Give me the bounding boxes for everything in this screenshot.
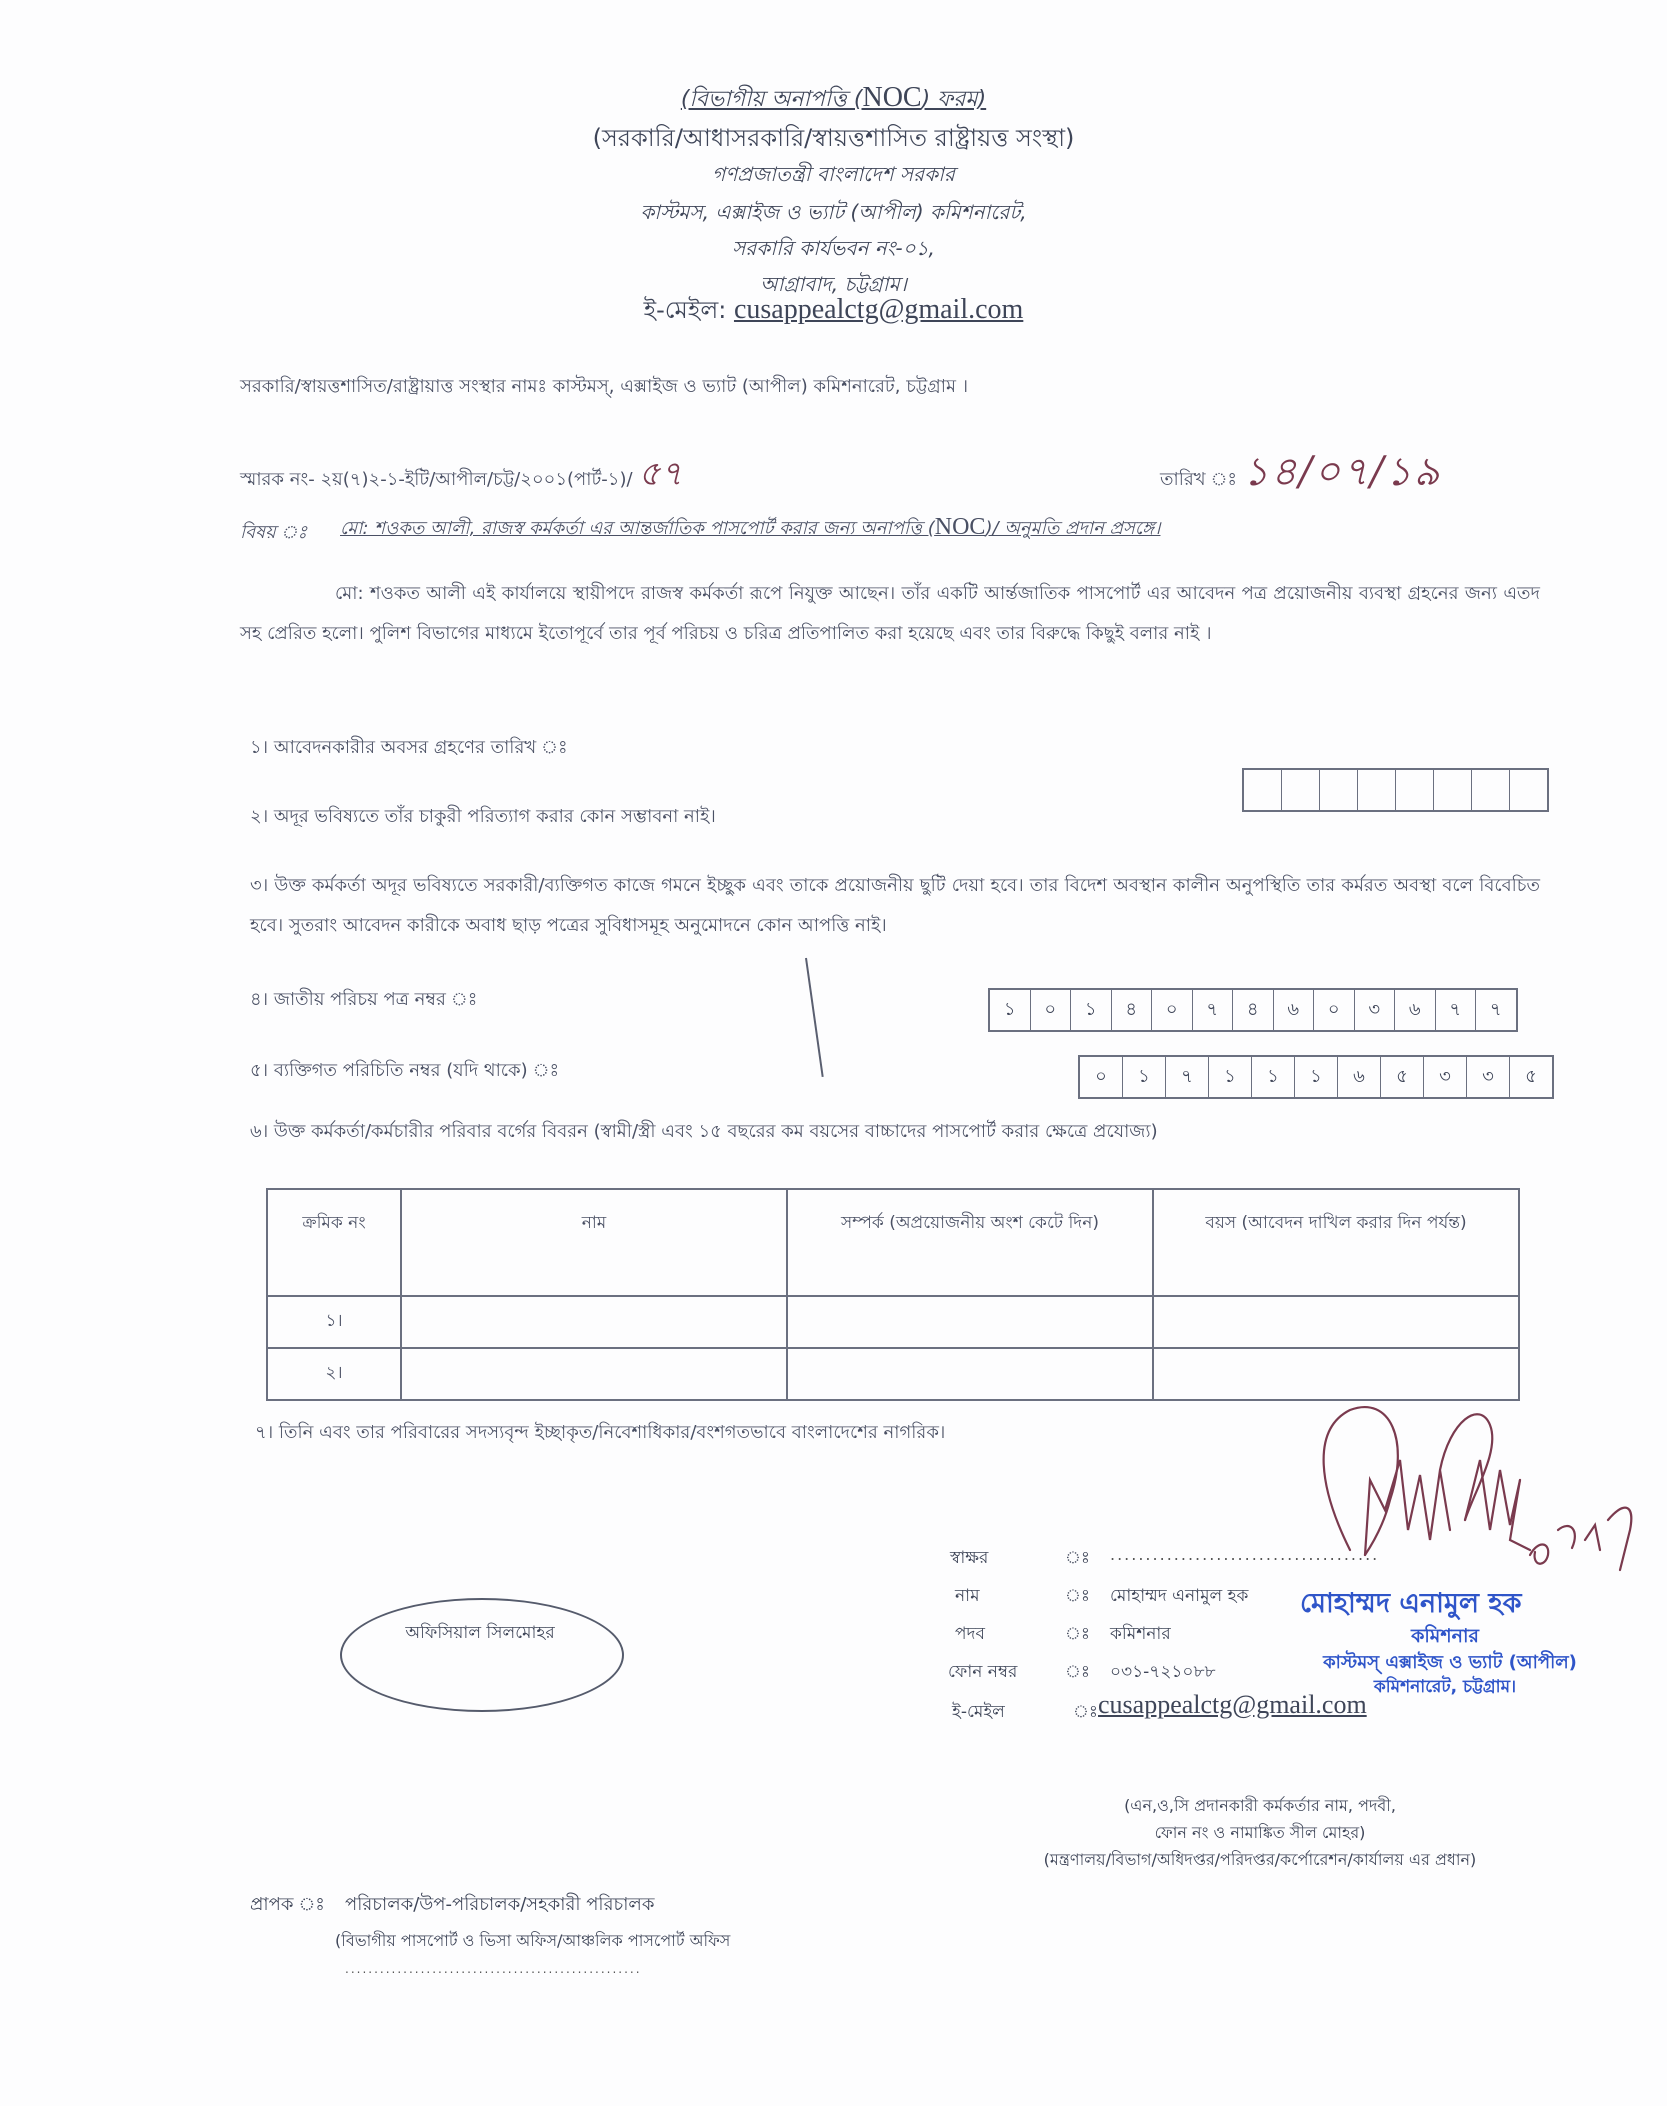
cell-name[interactable] <box>401 1348 787 1400</box>
digit-box[interactable] <box>1282 770 1320 810</box>
digit-box[interactable] <box>1472 770 1510 810</box>
item-citizenship: ৭। তিনি এবং তার পরিবারের সদস্যবৃন্দ ইচ্ছ… <box>255 1418 945 1449</box>
digit-box[interactable]: ৭ <box>1166 1057 1209 1097</box>
form-title-suffix: ) ফরম) <box>922 87 987 112</box>
pen-stroke-mark <box>805 958 824 1077</box>
cell-name[interactable] <box>401 1296 787 1348</box>
digit-box[interactable]: ০ <box>1031 990 1072 1030</box>
subject-label: বিষয় ঃ <box>240 518 307 549</box>
item-family-details: ৬। উক্ত কর্মকর্তা/কর্মচারীর পরিবার বর্গে… <box>250 1117 1158 1148</box>
table-row: ১। <box>267 1296 1519 1348</box>
recipient-line2: (বিভাগীয় পাসপোর্ট ও ভিসা অফিস/আঞ্চলিক প… <box>335 1928 730 1955</box>
col-age: বয়স (আবেদন দাখিল করার দিন পর্যন্ত) <box>1153 1189 1519 1296</box>
digit-box[interactable]: ০ <box>1152 990 1193 1030</box>
digit-box[interactable]: ৪ <box>1233 990 1274 1030</box>
item-travel-leave: ৩। উক্ত কর্মকর্তা অদূর ভবিষ্যতে সরকারী/ব… <box>250 866 1540 946</box>
digit-box[interactable]: ৩ <box>1355 990 1396 1030</box>
digit-box[interactable] <box>1510 770 1547 810</box>
signatory-email-label: ই-মেইল <box>952 1699 1005 1727</box>
subject-prefix: মো: শওকত আলী, রাজস্ব কর্মকর্তা এর আন্তর্… <box>340 518 935 539</box>
signatory-note-line2: ফোন নং ও নামাঙ্কিত সীল মোহর) <box>1000 1819 1520 1846</box>
signatory-designation: কমিশনার <box>1110 1621 1171 1649</box>
item-retirement-date: ১। আবেদনকারীর অবসর গ্রহণের তারিখ ঃ <box>250 733 568 764</box>
signatory-phone: ০৩১-৭২১০৮৮ <box>1110 1659 1216 1687</box>
organization-line: সরকারি/স্বায়ত্তশাসিত/রাষ্ট্রায়াত্ত সংস… <box>240 372 968 403</box>
digit-box[interactable]: ১ <box>1071 990 1112 1030</box>
form-title: (বিভাগীয় অনাপত্তি (NOC) ফরম) <box>0 82 1667 119</box>
cell-relation[interactable] <box>787 1296 1153 1348</box>
memo-number: ৫৭ <box>638 454 682 494</box>
digit-box[interactable]: ৩ <box>1424 1057 1467 1097</box>
digit-box[interactable]: ০ <box>1314 990 1355 1030</box>
col-relation: সম্পর্ক (অপ্রয়োজনীয় অংশ কেটে দিন) <box>787 1189 1153 1296</box>
retirement-date-boxes <box>1242 768 1549 812</box>
nid-number-boxes: ১০১৪০৭৪৬০৩৬৭৭ <box>988 988 1518 1032</box>
digit-box[interactable]: ৪ <box>1112 990 1153 1030</box>
digit-box[interactable] <box>1244 770 1282 810</box>
col-name: নাম <box>401 1189 787 1296</box>
digit-box[interactable] <box>1320 770 1358 810</box>
digit-box[interactable]: ৬ <box>1338 1057 1381 1097</box>
signature-colon: ঃ <box>1065 1545 1090 1573</box>
digit-box[interactable]: ৭ <box>1476 990 1516 1030</box>
recipient-blank-line[interactable]: ........................................… <box>345 1962 642 1976</box>
signatory-note: (এন,ও,সি প্রদানকারী কর্মকর্তার নাম, পদবী… <box>1000 1792 1520 1873</box>
official-seal-label: অফিসিয়াল সিলমোহর <box>340 1620 620 1648</box>
name-label: নাম <box>955 1583 980 1611</box>
date-label: তারিখ ঃ <box>1160 469 1237 490</box>
col-serial: ক্রমিক নং <box>267 1189 401 1296</box>
signature-label: স্বাক্ষর <box>950 1545 988 1573</box>
digit-box[interactable] <box>1434 770 1472 810</box>
digit-box[interactable]: ৬ <box>1274 990 1315 1030</box>
subject-text: মো: শওকত আলী, রাজস্ব কর্মকর্তা এর আন্তর্… <box>340 514 1160 545</box>
digit-box[interactable]: ১ <box>1209 1057 1252 1097</box>
item-personal-id-label: ৫। ব্যক্তিগত পরিচিতি নম্বর (যদি থাকে) ঃ <box>250 1056 559 1087</box>
cell-age[interactable] <box>1153 1296 1519 1348</box>
stamp-office-line2: কমিশনারেট, চট্টগ্রাম। <box>1300 1674 1590 1702</box>
subject-noc: NOC <box>935 514 986 540</box>
signature-line[interactable]: ...................................... <box>1110 1545 1379 1564</box>
item-no-resignation: ২। অদূর ভবিষ্যতে তাঁর চাকুরী পরিত্যাগ কর… <box>250 802 716 833</box>
header-email-label: ই-মেইল: <box>644 296 727 324</box>
recipient-label: প্রাপক ঃ <box>250 1890 325 1921</box>
digit-box[interactable]: ৭ <box>1193 990 1234 1030</box>
digit-box[interactable]: ১ <box>1123 1057 1166 1097</box>
signatory-note-line3: (মন্ত্রণালয়/বিভাগ/অধিদপ্তর/পরিদপ্তর/কর্… <box>880 1846 1640 1873</box>
designation-colon: ঃ <box>1065 1621 1090 1649</box>
recipient-line1: পরিচালক/উপ-পরিচালক/সহকারী পরিচালক <box>345 1890 654 1921</box>
date-value: ১৪/০৭/১৯ <box>1243 449 1442 495</box>
cell-serial: ১। <box>267 1296 401 1348</box>
digit-box[interactable]: ৩ <box>1467 1057 1510 1097</box>
item-nid-label: ৪। জাতীয় পরিচয় পত্র নম্বর ঃ <box>250 985 477 1016</box>
personal-id-boxes: ০১৭১১১৬৫৩৩৫ <box>1078 1055 1554 1099</box>
header-email-link[interactable]: cusappealctg@gmail.com <box>734 294 1023 325</box>
digit-box[interactable]: ৫ <box>1381 1057 1424 1097</box>
date-line: তারিখ ঃ ১৪/০৭/১৯ <box>1160 440 1442 507</box>
signatory-note-line1: (এন,ও,সি প্রদানকারী কর্মকর্তার নাম, পদবী… <box>1000 1792 1520 1819</box>
digit-box[interactable] <box>1396 770 1434 810</box>
signature-icon <box>1290 1380 1650 1610</box>
body-paragraph: মো: শওকত আলী এই কার্যালয়ে স্থায়ীপদে রা… <box>240 574 1540 654</box>
family-table: ক্রমিক নং নাম সম্পর্ক (অপ্রয়োজনীয় অংশ … <box>266 1188 1520 1401</box>
signatory-email-colon: ঃ <box>1073 1699 1098 1727</box>
digit-box[interactable] <box>1358 770 1396 810</box>
phone-label: ফোন নম্বর <box>948 1659 1017 1687</box>
official-seal-oval <box>340 1598 624 1712</box>
office-building: সরকারি কার্যভবন নং-০১, <box>0 234 1667 267</box>
family-table-header: ক্রমিক নং নাম সম্পর্ক (অপ্রয়োজনীয় অংশ … <box>267 1189 1519 1296</box>
name-colon: ঃ <box>1065 1583 1090 1611</box>
digit-box[interactable]: ০ <box>1080 1057 1123 1097</box>
cell-serial: ২। <box>267 1348 401 1400</box>
form-title-noc: NOC <box>862 82 921 113</box>
digit-box[interactable]: ৫ <box>1510 1057 1552 1097</box>
digit-box[interactable]: ৭ <box>1436 990 1477 1030</box>
digit-box[interactable]: ৬ <box>1395 990 1436 1030</box>
digit-box[interactable]: ১ <box>990 990 1031 1030</box>
office-name: কাস্টমস, এক্সাইজ ও ভ্যাট (আপীল) কমিশনারে… <box>0 198 1667 231</box>
designation-label: পদব <box>955 1621 985 1649</box>
cell-relation[interactable] <box>787 1348 1153 1400</box>
phone-colon: ঃ <box>1065 1659 1090 1687</box>
form-subtitle: (সরকারি/আধাসরকারি/স্বায়ত্তশাসিত রাষ্ট্র… <box>0 120 1667 160</box>
memo-line: স্মারক নং- ২য়(৭)২-১-ইটি/আপীল/চট্ট/২০০১(… <box>240 448 682 505</box>
form-title-prefix: (বিভাগীয় অনাপত্তি ( <box>681 87 863 112</box>
memo-label: স্মারক নং- ২য়(৭)২-১-ইটি/আপীল/চট্ট/২০০১(… <box>240 469 633 490</box>
digit-box[interactable]: ১ <box>1295 1057 1338 1097</box>
signatory-name: মোহাম্মদ এনামুল হক <box>1110 1583 1248 1611</box>
subject-suffix: )/ অনুমতি প্রদান প্রসঙ্গে। <box>985 518 1160 539</box>
digit-box[interactable]: ১ <box>1252 1057 1295 1097</box>
government-name: গণপ্রজাতন্ত্রী বাংলাদেশ সরকার <box>0 160 1667 193</box>
header-email-line: ই-মেইল: cusappealctg@gmail.com <box>0 292 1667 332</box>
